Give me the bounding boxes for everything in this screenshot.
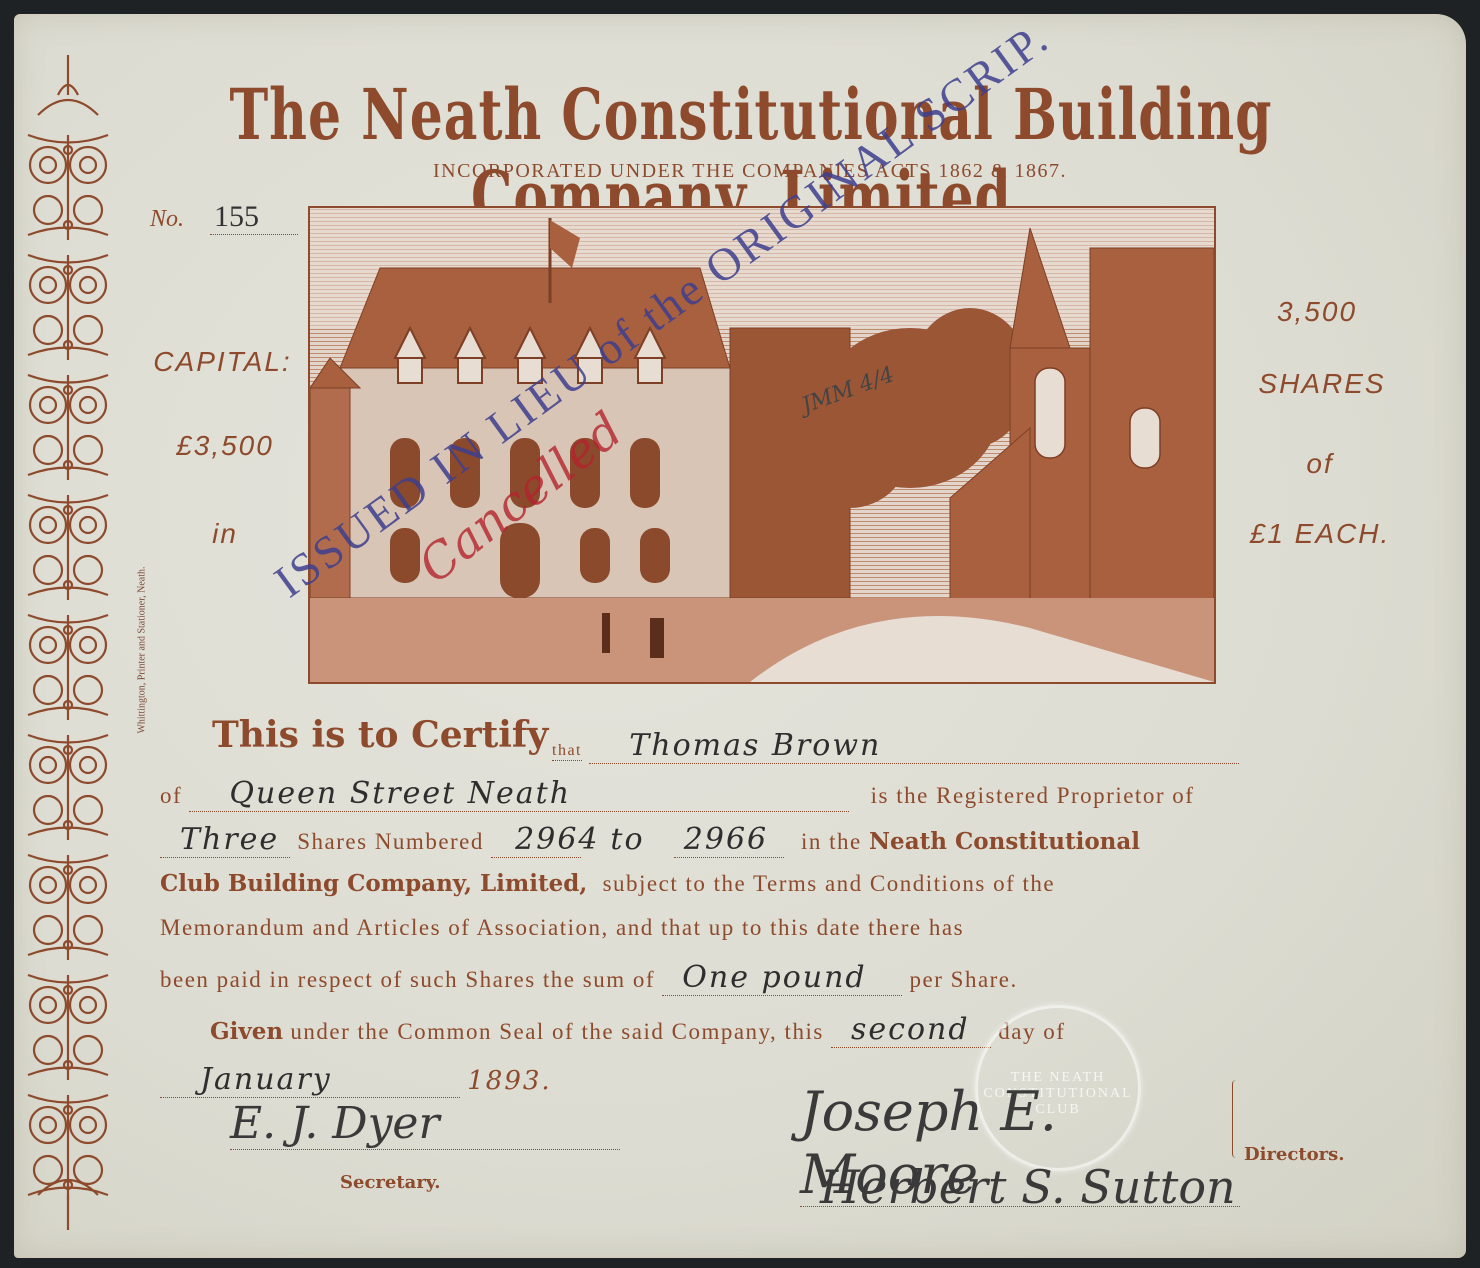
given-label: Given <box>210 1018 283 1045</box>
shares-each: £1 EACH. <box>1240 518 1400 550</box>
in-the-label: in the <box>801 829 862 854</box>
capital-label: CAPITAL: <box>150 346 295 378</box>
holder-address: Queen Street Neath <box>229 776 571 811</box>
company-name-part-2: Club Building Company, Limited, <box>160 870 587 897</box>
certificate-number-label: No. <box>150 206 184 233</box>
shares-label: SHARES <box>1252 368 1392 400</box>
seal-text: under the Common Seal of the said Compan… <box>290 1019 823 1044</box>
company-name-part-1: Neath Constitutional <box>869 828 1140 855</box>
paid-text: been paid in respect of such Shares the … <box>160 967 655 992</box>
terms-line-2: Memorandum and Articles of Association, … <box>160 915 964 941</box>
printer-imprint: Whittington, Printer and Stationer, Neat… <box>128 500 156 800</box>
share-number-from: 2964 <box>515 822 599 857</box>
certify-heading: This is to Certify <box>212 714 548 756</box>
directors-brace <box>1232 1080 1241 1158</box>
certificate-number: 155 <box>210 200 298 235</box>
directors-label: Directors. <box>1244 1144 1345 1165</box>
incorporation-subtitle: INCORPORATED UNDER THE COMPANIES ACTS 18… <box>300 160 1200 183</box>
ornamental-border <box>18 55 118 1230</box>
of-label: of <box>160 783 182 808</box>
director-2-signature: Herbert S. Sutton <box>820 1160 1240 1214</box>
shares-count-written: Three <box>180 822 279 857</box>
shares-of: of <box>1290 448 1350 480</box>
year-value: 1893. <box>467 1066 551 1096</box>
capital-in: in <box>195 518 255 550</box>
shares-numbered-label: Shares Numbered <box>297 829 484 854</box>
day-value: second <box>851 1012 970 1047</box>
holder-name: Thomas Brown <box>629 728 881 763</box>
capital-amount: £3,500 <box>165 430 285 462</box>
terms-line-1: subject to the Terms and Conditions of t… <box>603 871 1056 896</box>
secretary-label: Secretary. <box>340 1172 440 1193</box>
share-number-to: 2966 <box>684 822 768 857</box>
that-label: that <box>552 742 582 761</box>
paid-amount: One pound <box>682 960 866 995</box>
shares-count: 3,500 <box>1262 296 1372 328</box>
per-share-text: per Share. <box>910 967 1018 992</box>
to-word: to <box>610 822 644 857</box>
secretary-signature: E. J. Dyer <box>230 1098 620 1150</box>
month-value: January <box>200 1062 332 1097</box>
registered-text: is the Registered Proprietor of <box>871 783 1195 808</box>
